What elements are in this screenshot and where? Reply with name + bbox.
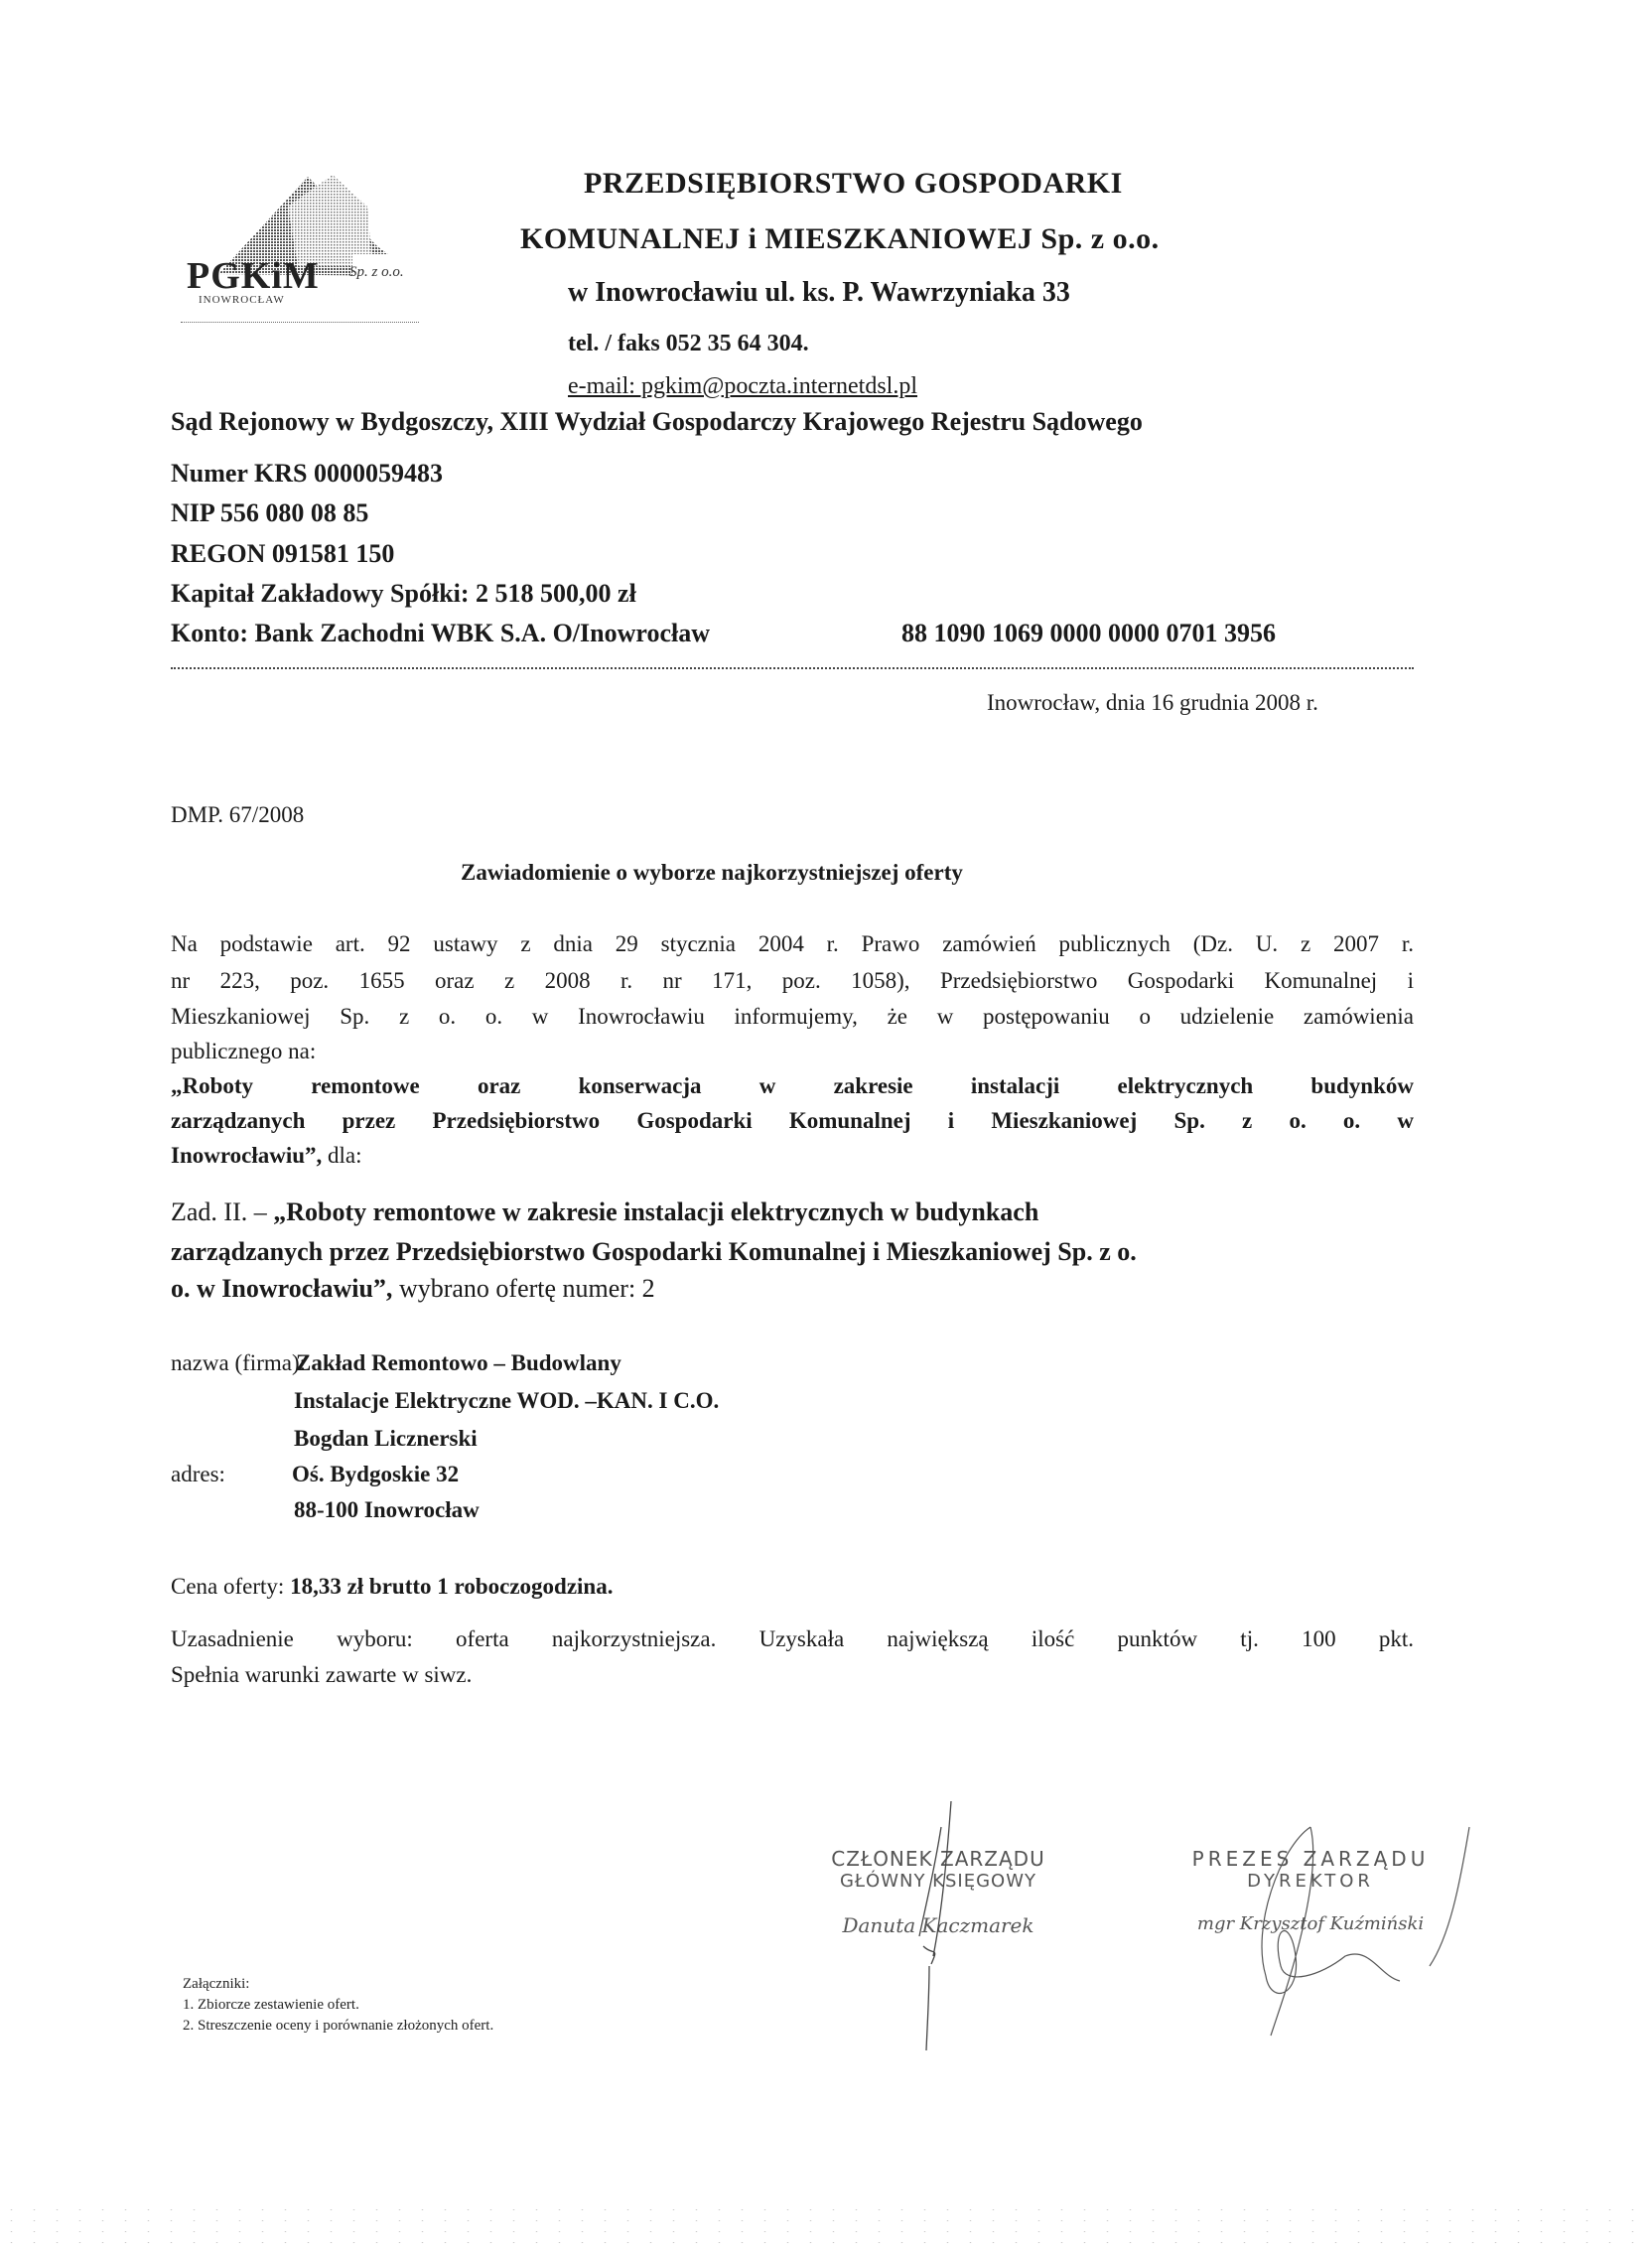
- intro-line-4: publicznego na:: [171, 1036, 1414, 1067]
- logo-suffix: Sp. z o.o.: [349, 264, 404, 281]
- subject-end: Inowrocławiu”,: [171, 1143, 322, 1168]
- logo-name: PGKiM: [187, 254, 320, 298]
- intro-line-2: nr 223, poz. 1655 oraz z 2008 r. nr 171,…: [171, 965, 1414, 997]
- regon-number: REGON 091581 150: [171, 539, 394, 569]
- justification-line-2: Spełnia warunki zawarte w siwz.: [171, 1659, 1414, 1691]
- bank-account-label: Konto: Bank Zachodni WBK S.A. O/Inowrocł…: [171, 619, 710, 648]
- attachment-item-2: 2. Streszczenie oceny i porównanie złożo…: [183, 2018, 493, 2035]
- contractor-address-label: adres:: [171, 1462, 225, 1487]
- share-capital: Kapitał Zakładowy Spółki: 2 518 500,00 z…: [171, 579, 636, 609]
- company-phone: tel. / faks 052 35 64 304.: [568, 331, 809, 357]
- right-handwritten-signature-icon: [1171, 1807, 1489, 2045]
- header-separator: [171, 667, 1414, 669]
- subject-line-3: Inowrocławiu”, dla:: [171, 1140, 1414, 1172]
- task-title-part1: „Roboty remontowe w zakresie instalacji …: [273, 1197, 1038, 1226]
- intro-line-1: Na podstawie art. 92 ustawy z dnia 29 st…: [171, 928, 1414, 960]
- document-title: Zawiadomienie o wyborze najkorzystniejsz…: [461, 860, 963, 886]
- task-title-end: o. w Inowrocławiu”,: [171, 1274, 392, 1303]
- task-line-1: Zad. II. – „Roboty remontowe w zakresie …: [171, 1197, 1038, 1227]
- contractor-name-line-3: Bogdan Licznerski: [294, 1426, 478, 1452]
- offer-price-value: 18,33 zł brutto 1 roboczogodzina.: [290, 1574, 613, 1599]
- krs-number: Numer KRS 0000059483: [171, 459, 443, 489]
- logo-city: INOWROCŁAW: [199, 294, 285, 306]
- attachments-heading: Załączniki:: [183, 1976, 249, 1993]
- task-selected-offer: wybrano ofertę numer: 2: [392, 1274, 654, 1303]
- subject-line-2: zarządzanych przez Przedsiębiorstwo Gosp…: [171, 1105, 1414, 1137]
- contractor-name-line-1: Zakład Remontowo – Budowlany: [296, 1350, 621, 1376]
- contractor-name-line-2: Instalacje Elektryczne WOD. –KAN. I C.O.: [294, 1388, 719, 1414]
- subject-line-1: „Roboty remontowe oraz konserwacja w zak…: [171, 1070, 1414, 1102]
- court-registry: Sąd Rejonowy w Bydgoszczy, XIII Wydział …: [171, 407, 1143, 437]
- nip-number: NIP 556 080 08 85: [171, 498, 368, 528]
- bank-account-number: 88 1090 1069 0000 0000 0701 3956: [901, 619, 1276, 648]
- company-name-line2: KOMUNALNEJ i MIESZKANIOWEJ Sp. z o.o.: [520, 222, 1160, 256]
- reference-number: DMP. 67/2008: [171, 802, 304, 828]
- company-name-line1: PRZEDSIĘBIORSTWO GOSPODARKI: [584, 167, 1123, 201]
- offer-price-label: Cena oferty:: [171, 1574, 290, 1599]
- task-line-2: zarządzanych przez Przedsiębiorstwo Gosp…: [171, 1237, 1137, 1267]
- task-prefix: Zad. II. –: [171, 1197, 273, 1226]
- offer-price: Cena oferty: 18,33 zł brutto 1 roboczogo…: [171, 1574, 613, 1600]
- contractor-address-line-1: Oś. Bydgoskie 32: [292, 1462, 459, 1487]
- scan-noise: [0, 2204, 1652, 2253]
- company-email-link[interactable]: e-mail: pgkim@poczta.internetdsl.pl: [568, 373, 917, 400]
- logo-underline: [181, 322, 419, 323]
- company-logo: PGKiM Sp. z o.o. INOWROCŁAW: [179, 167, 427, 336]
- justification-line-1: Uzasadnienie wyboru: oferta najkorzystni…: [171, 1623, 1414, 1655]
- document-date: Inowrocław, dnia 16 grudnia 2008 r.: [987, 690, 1318, 716]
- task-line-3: o. w Inowrocławiu”, wybrano ofertę numer…: [171, 1274, 655, 1304]
- company-address: w Inowrocławiu ul. ks. P. Wawrzyniaka 33: [568, 277, 1070, 309]
- left-handwritten-signature-icon: [894, 1797, 993, 2055]
- contractor-address-line-2: 88-100 Inowrocław: [294, 1497, 480, 1523]
- contractor-name-label: nazwa (firma):: [171, 1350, 306, 1376]
- subject-tail: dla:: [322, 1143, 361, 1168]
- mountains-logo-icon: [179, 167, 427, 336]
- attachment-item-1: 1. Zbiorcze zestawienie ofert.: [183, 1997, 359, 2014]
- intro-line-3: Mieszkaniowej Sp. z o. o. w Inowrocławiu…: [171, 1001, 1414, 1033]
